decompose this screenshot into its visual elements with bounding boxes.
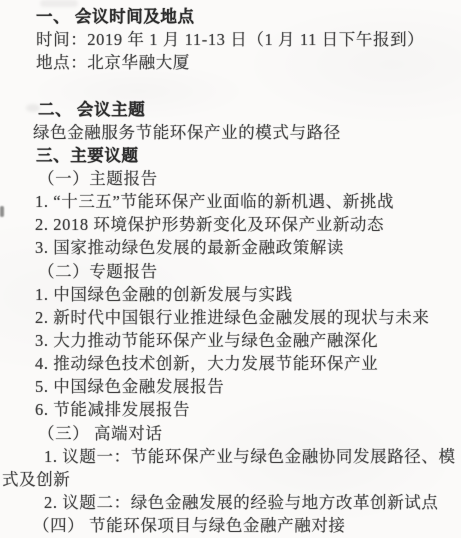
meeting-time-line: 时间：2019 年 1 月 11-13 日（1 月 11 日下午报到）	[0, 28, 461, 51]
topic-report-item-1: 1. “十三五”节能环保产业面临的新机遇、新挑战	[0, 190, 461, 213]
dialogue-topic-1-line-1: 1. 议题一：节能环保产业与绿色金融协同发展路径、模	[0, 445, 461, 468]
scan-artifact	[26, 104, 40, 112]
dialogue-topic-1-line-2: 式及创新	[0, 468, 461, 491]
section-1-heading: 一、 会议时间及地点	[0, 5, 461, 28]
section-2-heading: 二、 会议主题	[0, 98, 461, 121]
special-report-item-4: 4. 推动绿色技术创新，大力发展节能环保产业	[0, 352, 461, 375]
subsection-1-heading: （一）主题报告	[0, 167, 461, 190]
special-report-item-2: 2. 新时代中国银行业推进绿色金融发展的现状与未来	[0, 306, 461, 329]
subsection-4-heading: （四） 节能环保项目与绿色金融产融对接	[0, 514, 461, 537]
subsection-3-heading: （三） 高端对话	[0, 422, 461, 445]
dialogue-topic-2: 2. 议题二：绿色金融发展的经验与地方改革创新试点	[0, 491, 461, 514]
document-page: 一、 会议时间及地点 时间：2019 年 1 月 11-13 日（1 月 11 …	[0, 0, 461, 538]
meeting-location-line: 地点：北京华融大厦	[0, 51, 461, 74]
section-3-heading: 三、主要议题	[0, 144, 461, 167]
scan-artifact	[0, 206, 4, 217]
special-report-item-5: 5. 中国绿色金融发展报告	[0, 375, 461, 398]
special-report-item-3: 3. 大力推动节能环保产业与绿色金融产融深化	[0, 329, 461, 352]
special-report-item-6: 6. 节能减排发展报告	[0, 398, 461, 421]
special-report-item-1: 1. 中国绿色金融的创新发展与实践	[0, 283, 461, 306]
topic-report-item-2: 2. 2018 环境保护形势新变化及环保产业新动态	[0, 213, 461, 236]
subsection-2-heading: （二）专题报告	[0, 260, 461, 283]
scan-artifact	[40, 0, 78, 7]
blank-line	[0, 74, 461, 97]
conference-theme-line: 绿色金融服务节能环保产业的模式与路径	[0, 121, 461, 144]
topic-report-item-3: 3. 国家推动绿色发展的最新金融政策解读	[0, 236, 461, 259]
